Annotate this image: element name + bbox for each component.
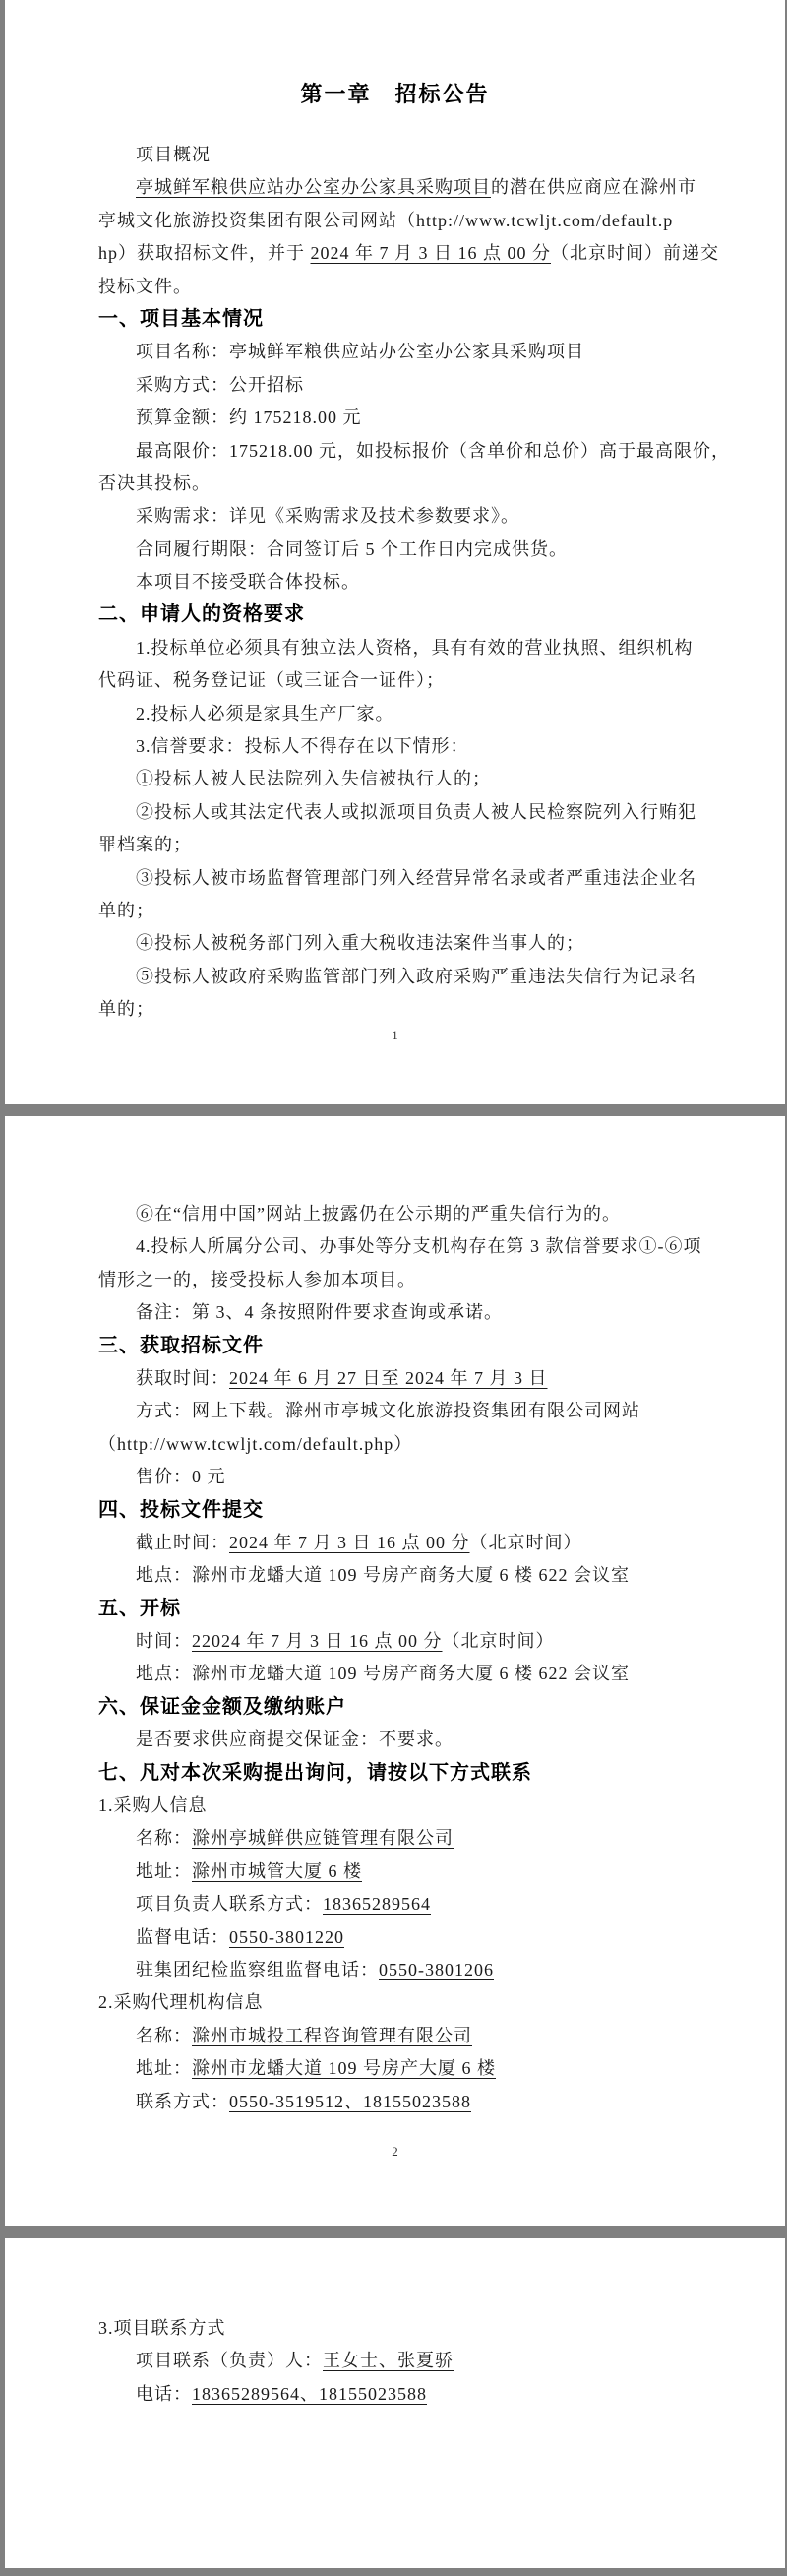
text-segment: 二、申请人的资格要求 <box>98 603 305 625</box>
text-segment: 1.采购人信息 <box>98 1795 208 1815</box>
text-line: 获取时间：2024 年 6 月 27 日至 2024 年 7 月 3 日 <box>136 1362 785 1395</box>
text-segment: 最高限价：175218.00 元，如投标报价（含单价和总价）高于最高限价， <box>136 441 730 461</box>
text-segment: 七、凡对本次采购提出询问，请按以下方式联系 <box>98 1762 532 1784</box>
underlined-text: 2024 年 6 月 27 日至 2024 年 7 月 3 日 <box>229 1368 548 1388</box>
section-heading: 二、申请人的资格要求 <box>98 598 785 631</box>
text-segment: （北京时间） <box>443 1631 555 1651</box>
text-segment: 3.项目联系方式 <box>98 2318 226 2338</box>
underlined-text: 18365289564 <box>323 1894 431 1914</box>
text-segment: 名称： <box>136 1828 192 1848</box>
text-segment: 单的； <box>98 999 154 1019</box>
text-line: 合同履行期限：合同签订后 5 个工作日内完成供货。 <box>136 534 785 566</box>
text-line: 时间：22024 年 7 月 3 日 16 点 00 分（北京时间） <box>136 1625 785 1658</box>
text-segment: 联系方式： <box>136 2092 229 2111</box>
page-separator-bottom <box>0 2568 787 2576</box>
underlined-text: 滁州市龙蟠大道 109 号房产大厦 6 楼 <box>192 2058 496 2078</box>
page-3: 3.项目联系方式项目联系（负责）人：王女士、张夏骄电话：18365289564、… <box>5 2238 785 2568</box>
text-line: 地址：滁州市龙蟠大道 109 号房产大厦 6 楼 <box>136 2052 785 2085</box>
text-segment: 项目概况 <box>136 145 211 164</box>
text-segment: 名称： <box>136 2026 192 2045</box>
text-segment: 获取时间： <box>136 1368 229 1388</box>
text-line: 监督电话：0550-3801220 <box>136 1921 785 1954</box>
section-heading: 五、开标 <box>98 1593 785 1625</box>
text-line: ①投标人被人民法院列入失信被执行人的； <box>136 763 785 795</box>
underlined-text: 滁州市城投工程咨询管理有限公司 <box>192 2026 472 2045</box>
section-heading: 三、获取招标文件 <box>98 1330 785 1362</box>
text-line: 2.投标人必须是家具生产厂家。 <box>136 698 785 730</box>
section-heading: 一、项目基本情况 <box>98 303 785 336</box>
text-line: 1.采购人信息 <box>98 1790 785 1822</box>
text-segment: 采购方式：公开招标 <box>136 375 304 395</box>
text-segment: 投标文件。 <box>98 277 192 296</box>
text-segment: 电话： <box>136 2384 192 2404</box>
text-line: 亭城鲜军粮供应站办公室办公家具采购项目的潜在供应商应在滁州市 <box>136 171 785 204</box>
underlined-text: 0550-3801206 <box>379 1960 494 1979</box>
text-segment: 项目名称：亭城鲜军粮供应站办公室办公家具采购项目 <box>136 342 584 361</box>
text-line: 2.采购代理机构信息 <box>98 1986 785 2019</box>
page-separator-2 <box>0 2226 787 2238</box>
text-segment: ①投标人被人民法院列入失信被执行人的； <box>136 769 491 788</box>
text-line: 3.信誉要求：投标人不得存在以下情形： <box>136 730 785 763</box>
text-segment: hp）获取招标文件，并于 <box>98 243 311 263</box>
text-segment: 4.投标人所属分公司、办事处等分支机构存在第 3 款信誉要求①-⑥项 <box>136 1236 702 1256</box>
text-segment: ④投标人被税务部门列入重大税收违法案件当事人的； <box>136 933 584 953</box>
text-segment: ⑤投标人被政府采购监管部门列入政府采购严重违法失信行为记录名 <box>136 967 696 986</box>
underlined-text: 0550-3519512、18155023588 <box>229 2092 471 2111</box>
text-segment: 地址： <box>136 1861 192 1881</box>
text-line: 售价：0 元 <box>136 1461 785 1493</box>
text-segment: 项目联系（负责）人： <box>136 2351 323 2370</box>
text-line: 名称：滁州亭城鲜供应链管理有限公司 <box>136 1822 785 1854</box>
text-segment: 预算金额：约 175218.00 元 <box>136 408 362 427</box>
text-line: hp）获取招标文件，并于 2024 年 7 月 3 日 16 点 00 分（北京… <box>98 237 785 270</box>
text-segment: 地点：滁州市龙蟠大道 109 号房产商务大厦 6 楼 622 会议室 <box>136 1664 630 1683</box>
text-segment: 本项目不接受联合体投标。 <box>136 572 360 592</box>
page-3-lines: 3.项目联系方式项目联系（负责）人：王女士、张夏骄电话：18365289564、… <box>5 2312 785 2411</box>
viewport-left-edge <box>0 0 5 2576</box>
text-segment: 合同履行期限：合同签订后 5 个工作日内完成供货。 <box>136 539 568 559</box>
underlined-text: 0550-3801220 <box>229 1927 344 1947</box>
text-line: 预算金额：约 175218.00 元 <box>136 402 785 434</box>
text-line: 本项目不接受联合体投标。 <box>136 566 785 598</box>
text-segment: ⑥在“信用中国”网站上披露仍在公示期的严重失信行为的。 <box>136 1204 621 1224</box>
text-segment: 罪档案的； <box>98 835 192 854</box>
text-segment: 否决其投标。 <box>98 473 211 493</box>
text-segment: 截止时间： <box>136 1533 229 1552</box>
text-line: 项目名称：亭城鲜军粮供应站办公室办公家具采购项目 <box>136 336 785 368</box>
text-line: ③投标人被市场监督管理部门列入经营异常名录或者严重违法企业名 <box>136 862 785 895</box>
text-segment: （http://www.tcwljt.com/default.php） <box>98 1434 412 1454</box>
page-1-lines: 项目概况亭城鲜军粮供应站办公室办公家具采购项目的潜在供应商应在滁州市亭城文化旅游… <box>5 139 785 1027</box>
text-segment: 是否要求供应商提交保证金：不要求。 <box>136 1729 454 1749</box>
text-line: 截止时间：2024 年 7 月 3 日 16 点 00 分（北京时间） <box>136 1527 785 1559</box>
text-line: ⑤投标人被政府采购监管部门列入政府采购严重违法失信行为记录名 <box>136 961 785 993</box>
text-segment: 售价：0 元 <box>136 1467 226 1486</box>
text-line: 采购方式：公开招标 <box>136 369 785 402</box>
section-heading: 六、保证金金额及缴纳账户 <box>98 1691 785 1724</box>
text-segment: 情形之一的，接受投标人参加本项目。 <box>98 1270 416 1289</box>
text-segment: ②投标人或其法定代表人或拟派项目负责人被人民检察院列入行贿犯 <box>136 802 696 822</box>
page-2-lines: ⑥在“信用中国”网站上披露仍在公示期的严重失信行为的。4.投标人所属分公司、办事… <box>5 1198 785 2118</box>
text-line: 名称：滁州市城投工程咨询管理有限公司 <box>136 2020 785 2052</box>
section-heading: 七、凡对本次采购提出询问，请按以下方式联系 <box>98 1757 785 1790</box>
text-line: 情形之一的，接受投标人参加本项目。 <box>98 1264 785 1296</box>
text-line: 罪档案的； <box>98 829 785 861</box>
text-line: 最高限价：175218.00 元，如投标报价（含单价和总价）高于最高限价， <box>136 435 785 468</box>
page-1: 第一章 招标公告 项目概况亭城鲜军粮供应站办公室办公家具采购项目的潜在供应商应在… <box>5 0 785 1104</box>
text-segment: 采购需求：详见《采购需求及技术参数要求》。 <box>136 506 519 526</box>
text-line: 4.投标人所属分公司、办事处等分支机构存在第 3 款信誉要求①-⑥项 <box>136 1230 785 1263</box>
text-line: 1.投标单位必须具有独立法人资格，具有有效的营业执照、组织机构 <box>136 632 785 664</box>
text-line: 地址：滁州市城管大厦 6 楼 <box>136 1855 785 1888</box>
underlined-text: 滁州亭城鲜供应链管理有限公司 <box>192 1828 454 1848</box>
text-line: 地点：滁州市龙蟠大道 109 号房产商务大厦 6 楼 622 会议室 <box>136 1658 785 1690</box>
text-segment: （北京时间） <box>470 1533 582 1552</box>
text-segment: 监督电话： <box>136 1927 229 1947</box>
text-segment: 时间： <box>136 1631 192 1651</box>
text-line: 备注：第 3、4 条按照附件要求查询或承诺。 <box>136 1296 785 1329</box>
text-line: 项目概况 <box>136 139 785 171</box>
text-segment: 一、项目基本情况 <box>98 308 264 330</box>
page-separator-1 <box>0 1104 787 1116</box>
text-segment: 六、保证金金额及缴纳账户 <box>98 1696 346 1718</box>
page-2: ⑥在“信用中国”网站上披露仍在公示期的严重失信行为的。4.投标人所属分公司、办事… <box>5 1116 785 2226</box>
text-segment: 地点：滁州市龙蟠大道 109 号房产商务大厦 6 楼 622 会议室 <box>136 1565 630 1585</box>
text-line: ②投标人或其法定代表人或拟派项目负责人被人民检察院列入行贿犯 <box>136 796 785 829</box>
text-line: ④投标人被税务部门列入重大税收违法案件当事人的； <box>136 927 785 960</box>
text-segment: 的潜在供应商应在滁州市 <box>491 177 696 197</box>
text-segment: 三、获取招标文件 <box>98 1335 264 1356</box>
text-line: 方式：网上下载。滁州市亭城文化旅游投资集团有限公司网站 <box>136 1395 785 1427</box>
text-segment: 四、投标文件提交 <box>98 1499 264 1521</box>
text-segment: 备注：第 3、4 条按照附件要求查询或承诺。 <box>136 1302 503 1322</box>
underlined-text: 王女士、张夏骄 <box>323 2351 454 2370</box>
text-segment: 1.投标单位必须具有独立法人资格，具有有效的营业执照、组织机构 <box>136 638 694 658</box>
underlined-text: 22024 年 7 月 3 日 16 点 00 分 <box>192 1631 443 1651</box>
text-line: 采购需求：详见《采购需求及技术参数要求》。 <box>136 500 785 533</box>
text-line: 驻集团纪检监察组监督电话：0550-3801206 <box>136 1954 785 1986</box>
underlined-text: 亭城鲜军粮供应站办公室办公家具采购项目 <box>136 177 491 197</box>
text-line: 项目联系（负责）人：王女士、张夏骄 <box>136 2345 785 2377</box>
text-segment: 五、开标 <box>98 1598 181 1619</box>
text-line: 电话：18365289564、18155023588 <box>136 2378 785 2411</box>
text-line: ⑥在“信用中国”网站上披露仍在公示期的严重失信行为的。 <box>136 1198 785 1230</box>
text-segment: 亭城文化旅游投资集团有限公司网站（http://www.tcwljt.com/d… <box>98 211 673 230</box>
text-line: 单的； <box>98 993 785 1026</box>
underlined-text: 2024 年 7 月 3 日 16 点 00 分 <box>311 243 552 263</box>
text-line: 项目负责人联系方式：18365289564 <box>136 1888 785 1920</box>
document-title: 第一章 招标公告 <box>5 78 785 110</box>
text-segment: 项目负责人联系方式： <box>136 1894 323 1914</box>
document-viewer: { "document": { "title": "第一章 招标公告", "pa… <box>0 0 787 2576</box>
underlined-text: 2024 年 7 月 3 日 16 点 00 分 <box>229 1533 470 1552</box>
text-line: 是否要求供应商提交保证金：不要求。 <box>136 1724 785 1756</box>
text-segment: 2.投标人必须是家具生产厂家。 <box>136 704 394 723</box>
page-2-number: 2 <box>5 2144 785 2160</box>
text-line: 代码证、税务登记证（或三证合一证件）； <box>98 664 785 697</box>
text-segment: 驻集团纪检监察组监督电话： <box>136 1960 379 1979</box>
text-segment: 地址： <box>136 2058 192 2078</box>
text-line: 地点：滁州市龙蟠大道 109 号房产商务大厦 6 楼 622 会议室 <box>136 1559 785 1592</box>
text-line: 联系方式：0550-3519512、18155023588 <box>136 2086 785 2118</box>
text-segment: ③投标人被市场监督管理部门列入经营异常名录或者严重违法企业名 <box>136 868 696 888</box>
underlined-text: 滁州市城管大厦 6 楼 <box>192 1861 362 1881</box>
text-line: 否决其投标。 <box>98 468 785 500</box>
text-segment: （北京时间）前递交 <box>551 243 719 263</box>
text-line: 单的； <box>98 895 785 927</box>
text-segment: 代码证、税务登记证（或三证合一证件）； <box>98 670 445 690</box>
text-line: 投标文件。 <box>98 271 785 303</box>
text-line: 亭城文化旅游投资集团有限公司网站（http://www.tcwljt.com/d… <box>98 205 785 237</box>
text-segment: 2.采购代理机构信息 <box>98 1992 264 2012</box>
text-line: 3.项目联系方式 <box>98 2312 785 2345</box>
text-segment: 3.信誉要求：投标人不得存在以下情形： <box>136 736 469 756</box>
underlined-text: 18365289564、18155023588 <box>192 2384 427 2404</box>
text-segment: 单的； <box>98 901 154 920</box>
page-1-number: 1 <box>5 1028 785 1043</box>
text-segment: 方式：网上下载。滁州市亭城文化旅游投资集团有限公司网站 <box>136 1401 640 1420</box>
text-line: （http://www.tcwljt.com/default.php） <box>98 1428 785 1461</box>
section-heading: 四、投标文件提交 <box>98 1494 785 1527</box>
